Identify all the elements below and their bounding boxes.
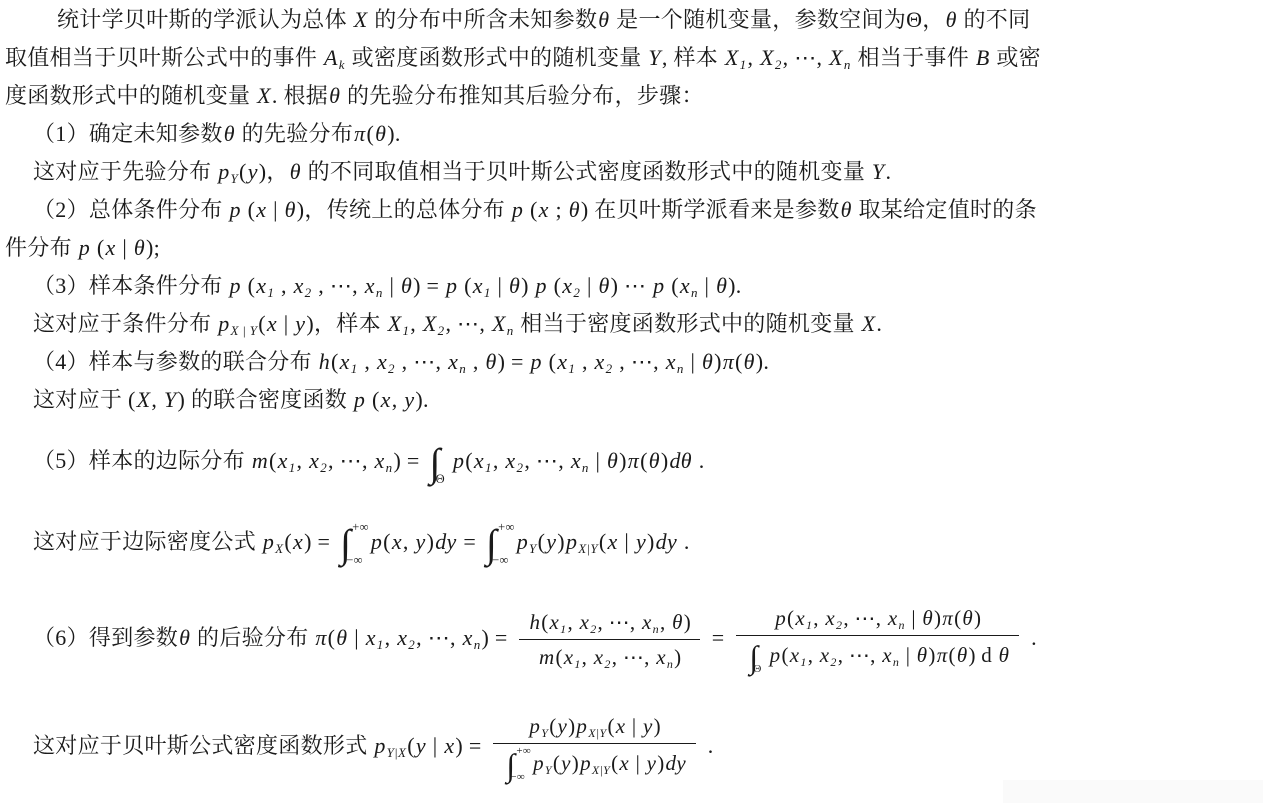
text-run: ): [974, 606, 981, 630]
text-run: ,: [567, 610, 578, 634]
math-subscript: n: [677, 361, 684, 376]
text-run: （5）样本的边际分布: [33, 448, 251, 473]
math-subscript: 1: [289, 460, 296, 475]
math-var: θ: [956, 643, 969, 667]
math-var: x: [374, 448, 386, 473]
integral-limits: +∞−∞: [515, 746, 530, 784]
fraction: p(x1, x2, ⋯, xn | θ)π(θ)∫Θp(x1, x2, ⋯, x…: [736, 601, 1019, 678]
text-run: 度函数形式中的随机变量: [5, 83, 256, 108]
text-run: );: [146, 235, 160, 260]
text-run: （2）总体条件分布: [33, 197, 229, 222]
text-run: |: [267, 197, 283, 222]
math-subscript: Y: [545, 763, 552, 777]
text-run: 相当于事件: [852, 45, 975, 70]
text-run: (: [541, 610, 548, 634]
integral-sign: ∫Θ: [749, 638, 766, 676]
math-subscript: Y: [541, 726, 548, 740]
math-subscript: X|Y: [578, 541, 598, 556]
text-run: |: [685, 349, 701, 374]
math-var: π: [936, 643, 949, 667]
text-run: ,: [275, 273, 292, 298]
text-run: ): [521, 273, 534, 298]
text-run: .: [678, 529, 690, 554]
math-var: θ: [597, 273, 610, 298]
math-var: x: [104, 235, 116, 260]
text-run: .: [702, 733, 714, 758]
math-subscript: n: [653, 622, 659, 636]
text-run: (: [665, 273, 678, 298]
math-subscript: 2: [606, 361, 613, 376]
text-run: （1）确定未知参数: [33, 121, 223, 146]
math-var: θ: [400, 273, 413, 298]
math-var: p: [532, 751, 545, 775]
text-run: 相当于密度函数形式中的随机变量: [515, 311, 861, 336]
math-var: h: [528, 610, 541, 634]
text-run: (: [543, 349, 556, 374]
fraction-numerator: p(x1, x2, ⋯, xn | θ)π(θ): [765, 601, 990, 635]
integral-sign: ∫Θ: [429, 440, 450, 486]
text-run: ,: [297, 448, 309, 473]
text-run: |: [900, 643, 916, 667]
math-var: θ: [597, 7, 610, 32]
text-run: 的不同: [958, 7, 1031, 32]
math-var: π: [353, 121, 366, 146]
integral-limits: Θ: [758, 638, 766, 676]
math-var: dy: [434, 529, 457, 554]
math-var: θ: [921, 606, 934, 630]
text-run: ): [928, 643, 935, 667]
text-line-12: （5）样本的边际分布 m(x1, x2, ⋯, xn) = ∫Θp(x1, x2…: [33, 428, 705, 494]
math-subscript: 2: [830, 655, 836, 669]
math-subscript: n: [474, 637, 481, 652]
text-run: )，: [259, 159, 289, 184]
math-subscript: 1: [560, 622, 566, 636]
fraction: pY(y)pX|Y(x | y)∫+∞−∞pY(y)pX|Y(x | y)dy: [493, 709, 696, 786]
text-run: (: [549, 714, 556, 738]
integral-limits: Θ: [441, 440, 450, 486]
math-var: B: [975, 45, 991, 70]
math-var: θ: [223, 121, 236, 146]
text-run: , ⋯,: [783, 45, 829, 70]
math-var: x: [789, 643, 801, 667]
math-subscript: 2: [836, 618, 842, 632]
math-var: θ: [671, 610, 684, 634]
integral-lower-limit: −∞: [346, 554, 363, 567]
math-var: y: [545, 529, 557, 554]
math-var: X: [422, 311, 438, 336]
text-run: (: [366, 387, 379, 412]
math-subscript: 1: [351, 361, 358, 376]
math-subscript: 2: [388, 361, 395, 376]
text-run: |: [492, 273, 508, 298]
text-line-1: 统计学贝叶斯的学派认为总体 X 的分布中所含未知参数θ 是一个随机变量，参数空间…: [57, 4, 1030, 36]
text-run: (: [640, 448, 648, 473]
text-run: (: [242, 273, 255, 298]
math-var: y: [646, 751, 658, 775]
math-var: θ: [289, 159, 302, 184]
math-var: x: [665, 349, 677, 374]
integral-upper-limit: [759, 638, 767, 650]
math-var: Y: [871, 159, 886, 184]
math-var: p: [528, 714, 541, 738]
fraction-numerator: h(x1, x2, ⋯, xn, θ): [519, 605, 700, 639]
math-subscript: 1: [484, 285, 491, 300]
text-run: 件分布: [5, 235, 78, 260]
text-run: 这对应于条件分布: [33, 311, 217, 336]
text-run: , ⋯,: [524, 448, 570, 473]
text-run: (: [242, 197, 255, 222]
math-var: x: [504, 448, 516, 473]
text-run: ) d: [968, 643, 997, 667]
text-run: (: [258, 311, 266, 336]
math-var: x: [594, 349, 606, 374]
math-subscript: Y: [231, 171, 239, 186]
math-var: x: [593, 645, 605, 669]
math-subscript: n: [582, 460, 589, 475]
text-run: |: [348, 625, 364, 650]
text-run: ,: [813, 606, 824, 630]
text-run: , ⋯,: [843, 606, 887, 630]
text-run: （4）样本与参数的联合分布: [33, 349, 318, 374]
math-var: θ: [133, 235, 146, 260]
math-var: θ: [840, 197, 853, 222]
text-run: (: [607, 714, 614, 738]
math-var: p: [579, 751, 592, 775]
text-run: (: [949, 643, 956, 667]
math-var: y: [403, 387, 415, 412]
math-subscript: 2: [590, 622, 596, 636]
math-var: p: [373, 733, 386, 758]
math-subscript: 2: [775, 57, 782, 72]
text-run: )，传统上的总体分布: [297, 197, 511, 222]
math-subscript: X|Y: [592, 763, 610, 777]
text-run: )，样本: [306, 311, 386, 336]
text-run: ,: [385, 625, 397, 650]
text-run: (: [524, 197, 537, 222]
math-var: X: [759, 45, 775, 70]
math-var: x: [655, 645, 667, 669]
text-line-6: （2）总体条件分布 p (x | θ)，传统上的总体分布 p (x ; θ) 在…: [33, 194, 1037, 226]
text-run: (: [458, 273, 471, 298]
math-var: y: [415, 529, 427, 554]
text-run: |: [427, 733, 443, 758]
text-run: (: [239, 159, 247, 184]
text-run: 的先验分布推知其后验分布，步骤：: [341, 83, 704, 108]
text-run: .: [876, 311, 882, 336]
text-run: (: [366, 121, 374, 146]
text-line-11: 这对应于 (X, Y) 的联合密度函数 p (x, y).: [33, 384, 429, 416]
math-var: p: [575, 714, 588, 738]
text-run: , ⋯,: [612, 645, 656, 669]
math-var: x: [391, 529, 403, 554]
text-run: .: [693, 448, 705, 473]
text-run: 这对应于先验分布: [33, 159, 217, 184]
text-run: ): [647, 529, 655, 554]
text-run: .: [1025, 625, 1037, 650]
math-var: θ: [328, 83, 341, 108]
math-var: θ: [606, 448, 619, 473]
math-var: θ: [916, 643, 929, 667]
text-run: (: [383, 529, 391, 554]
math-var: x: [618, 751, 630, 775]
text-run: |: [278, 311, 294, 336]
text-run: (: [599, 529, 607, 554]
math-var: π: [627, 448, 640, 473]
math-var: p: [516, 529, 529, 554]
math-var: y: [642, 714, 654, 738]
math-var: p: [229, 273, 242, 298]
math-var: x: [364, 273, 376, 298]
math-subscript: X|Y: [588, 726, 606, 740]
math-var: x: [641, 610, 653, 634]
math-var: p: [652, 273, 665, 298]
text-run: 取某给定值时的条: [853, 197, 1037, 222]
integral-sign: ∫+∞−∞: [486, 521, 514, 567]
math-var: p: [535, 273, 548, 298]
integral-upper-limit: [442, 440, 451, 452]
math-var: x: [308, 448, 320, 473]
text-run: , ⋯,: [445, 311, 491, 336]
text-run: 这对应于边际密度公式: [33, 529, 262, 554]
text-run: ): [557, 529, 565, 554]
integral-limits: +∞−∞: [497, 521, 514, 567]
text-run: ).: [756, 349, 769, 374]
text-run: (: [548, 273, 561, 298]
math-var: p: [530, 349, 543, 374]
text-run: , ⋯,: [613, 349, 664, 374]
math-var: X: [861, 311, 877, 336]
math-var: θ: [743, 349, 756, 374]
text-run: 这对应于贝叶斯公式密度函数形式: [33, 733, 373, 758]
math-var: A: [323, 45, 339, 70]
text-run: ): [572, 751, 579, 775]
math-var: θ: [648, 448, 661, 473]
math-var: X: [136, 387, 152, 412]
math-var: y: [247, 159, 259, 184]
text-run: ): [619, 448, 627, 473]
integral-upper-limit: +∞: [498, 521, 515, 534]
math-subscript: X | Y: [231, 323, 258, 338]
math-subscript: 2: [517, 460, 524, 475]
math-var: p: [229, 197, 242, 222]
math-var: x: [570, 448, 582, 473]
math-var: θ: [715, 273, 728, 298]
text-line-7: 件分布 p (x | θ);: [5, 232, 160, 264]
text-run: (: [269, 448, 277, 473]
text-line-15: 这对应于贝叶斯公式密度函数形式 pY|X(y | x) = pY(y)pX|Y(…: [33, 693, 714, 798]
text-run: ) 在贝叶斯学派看来是参数: [581, 197, 840, 222]
math-subscript: 1: [806, 618, 812, 632]
math-var: x: [579, 610, 591, 634]
math-subscript: Y: [529, 541, 537, 556]
math-var: p: [452, 448, 465, 473]
text-line-4: （1）确定未知参数θ 的先验分布π(θ).: [33, 118, 401, 150]
math-var: θ: [568, 197, 581, 222]
math-var: θ: [961, 606, 974, 630]
text-run: =: [706, 625, 730, 650]
text-run: ): [657, 751, 664, 775]
math-var: θ: [945, 7, 958, 32]
text-run: , ⋯,: [328, 448, 374, 473]
math-var: x: [607, 529, 619, 554]
math-var: y: [557, 714, 569, 738]
text-run: ,: [576, 349, 593, 374]
text-run: （6）得到参数: [33, 625, 178, 650]
text-run: ) =: [482, 625, 514, 650]
text-run: (: [331, 349, 339, 374]
math-var: p: [774, 606, 787, 630]
math-var: θ: [508, 273, 521, 298]
text-run: |: [581, 273, 597, 298]
math-var: x: [376, 349, 388, 374]
integral-lower-limit: −∞: [510, 772, 525, 784]
math-var: X: [387, 311, 403, 336]
text-line-10: （4）样本与参数的联合分布 h(x1 , x2 , ⋯, xn , θ) = p…: [33, 346, 769, 378]
math-var: m: [538, 645, 555, 669]
text-run: 的先验分布: [236, 121, 353, 146]
text-run: |: [630, 751, 646, 775]
text-line-9: 这对应于条件分布 pX | Y(x | y)，样本 X1, X2, ⋯, Xn …: [33, 308, 882, 340]
text-run: ,: [151, 387, 163, 412]
text-run: ): [654, 714, 661, 738]
math-var: x: [794, 606, 806, 630]
math-var: x: [679, 273, 691, 298]
text-run: ) ⋯: [611, 273, 653, 298]
math-var: θ: [178, 625, 191, 650]
integral-upper-limit: +∞: [352, 521, 369, 534]
watermark-bar: [1003, 780, 1263, 803]
text-run: 统计学贝叶斯的学派认为总体: [57, 7, 353, 32]
text-run: ,: [747, 45, 759, 70]
text-run: ,: [467, 349, 484, 374]
math-var: θ: [484, 349, 497, 374]
math-var: x: [339, 349, 351, 374]
text-run: , ⋯,: [416, 625, 462, 650]
text-run: ) =: [413, 273, 445, 298]
math-subscript: 1: [740, 57, 747, 72]
math-var: y: [560, 751, 572, 775]
document-page: 统计学贝叶斯的学派认为总体 X 的分布中所含未知参数θ 是一个随机变量，参数空间…: [0, 0, 1263, 811]
math-var: x: [396, 625, 408, 650]
math-var: p: [445, 273, 458, 298]
text-run: ) =: [498, 349, 530, 374]
math-var: x: [255, 273, 267, 298]
text-run: ,: [403, 529, 415, 554]
integral-sign: ∫+∞−∞: [506, 746, 530, 784]
math-subscript: 2: [408, 637, 415, 652]
math-subscript: X: [275, 541, 283, 556]
math-var: p: [370, 529, 383, 554]
math-subscript: n: [691, 285, 698, 300]
math-var: x: [615, 714, 627, 738]
math-var: x: [472, 273, 484, 298]
math-var: x: [887, 606, 899, 630]
text-run: ) =: [393, 448, 425, 473]
math-subscript: 1: [574, 657, 580, 671]
integral-limits: +∞−∞: [351, 521, 368, 567]
integral-upper-limit: +∞: [516, 746, 531, 758]
text-run: |: [619, 529, 635, 554]
text-run: ,: [660, 610, 671, 634]
text-run: 的不同取值相当于贝叶斯公式密度函数形式中的随机变量: [302, 159, 871, 184]
text-run: , 样本: [662, 45, 724, 70]
math-var: p: [78, 235, 91, 260]
text-run: ).: [728, 273, 741, 298]
text-run: ): [714, 349, 722, 374]
text-run: =: [458, 529, 482, 554]
math-subscript: 2: [573, 285, 580, 300]
math-var: p: [769, 643, 782, 667]
math-subscript: 1: [377, 637, 384, 652]
fraction-numerator: pY(y)pX|Y(x | y): [519, 709, 669, 743]
math-var: X: [256, 83, 272, 108]
math-var: p: [217, 159, 230, 184]
math-subscript: 1: [267, 285, 274, 300]
math-var: y: [635, 529, 647, 554]
text-line-14: （6）得到参数θ 的后验分布 π(θ | x1, x2, ⋯, xn) = h(…: [33, 585, 1037, 690]
math-var: x: [255, 197, 267, 222]
math-subscript: n: [507, 323, 514, 338]
math-var: X: [353, 7, 369, 32]
math-var: p: [262, 529, 275, 554]
math-var: y: [415, 733, 427, 758]
text-run: |: [626, 714, 642, 738]
math-subscript: n: [893, 655, 899, 669]
text-run: ,: [493, 448, 505, 473]
text-run: (: [284, 529, 292, 554]
text-run: |: [699, 273, 715, 298]
text-run: (: [91, 235, 104, 260]
text-run: ) =: [304, 529, 336, 554]
text-line-8: （3）样本条件分布 p (x1 , x2 , ⋯, xn | θ) = p (x…: [33, 270, 742, 302]
math-var: x: [473, 448, 485, 473]
math-var: x: [549, 610, 561, 634]
math-var: h: [318, 349, 331, 374]
text-run: （3）样本条件分布: [33, 273, 229, 298]
text-run: 取值相当于贝叶斯公式中的事件: [5, 45, 323, 70]
text-run: ) =: [455, 733, 487, 758]
text-run: 是一个随机变量，参数空间为Θ，: [610, 7, 944, 32]
text-run: |: [590, 448, 606, 473]
math-var: θ: [374, 121, 387, 146]
text-run: (: [781, 643, 788, 667]
text-run: , ⋯,: [838, 643, 882, 667]
text-run: ,: [410, 311, 422, 336]
math-var: π: [314, 625, 327, 650]
math-subscript: 1: [800, 655, 806, 669]
integral-sign: ∫+∞−∞: [340, 521, 368, 567]
text-run: (: [407, 733, 415, 758]
math-subscript: n: [376, 285, 383, 300]
math-subscript: 1: [568, 361, 575, 376]
math-var: θ: [335, 625, 348, 650]
text-run: (: [465, 448, 473, 473]
text-run: ): [684, 610, 691, 634]
text-run: , ⋯,: [598, 610, 642, 634]
math-var: x: [538, 197, 550, 222]
math-subscript: n: [667, 657, 673, 671]
math-var: y: [294, 311, 306, 336]
text-run: , ⋯,: [396, 349, 447, 374]
text-run: ) 的联合密度函数: [178, 387, 353, 412]
math-var: x: [561, 273, 573, 298]
text-run: ): [674, 645, 681, 669]
math-subscript: n: [844, 57, 851, 72]
text-run: 的分布中所含未知参数: [368, 7, 597, 32]
math-var: θ: [998, 643, 1011, 667]
math-subscript: n: [459, 361, 466, 376]
math-var: X: [724, 45, 740, 70]
